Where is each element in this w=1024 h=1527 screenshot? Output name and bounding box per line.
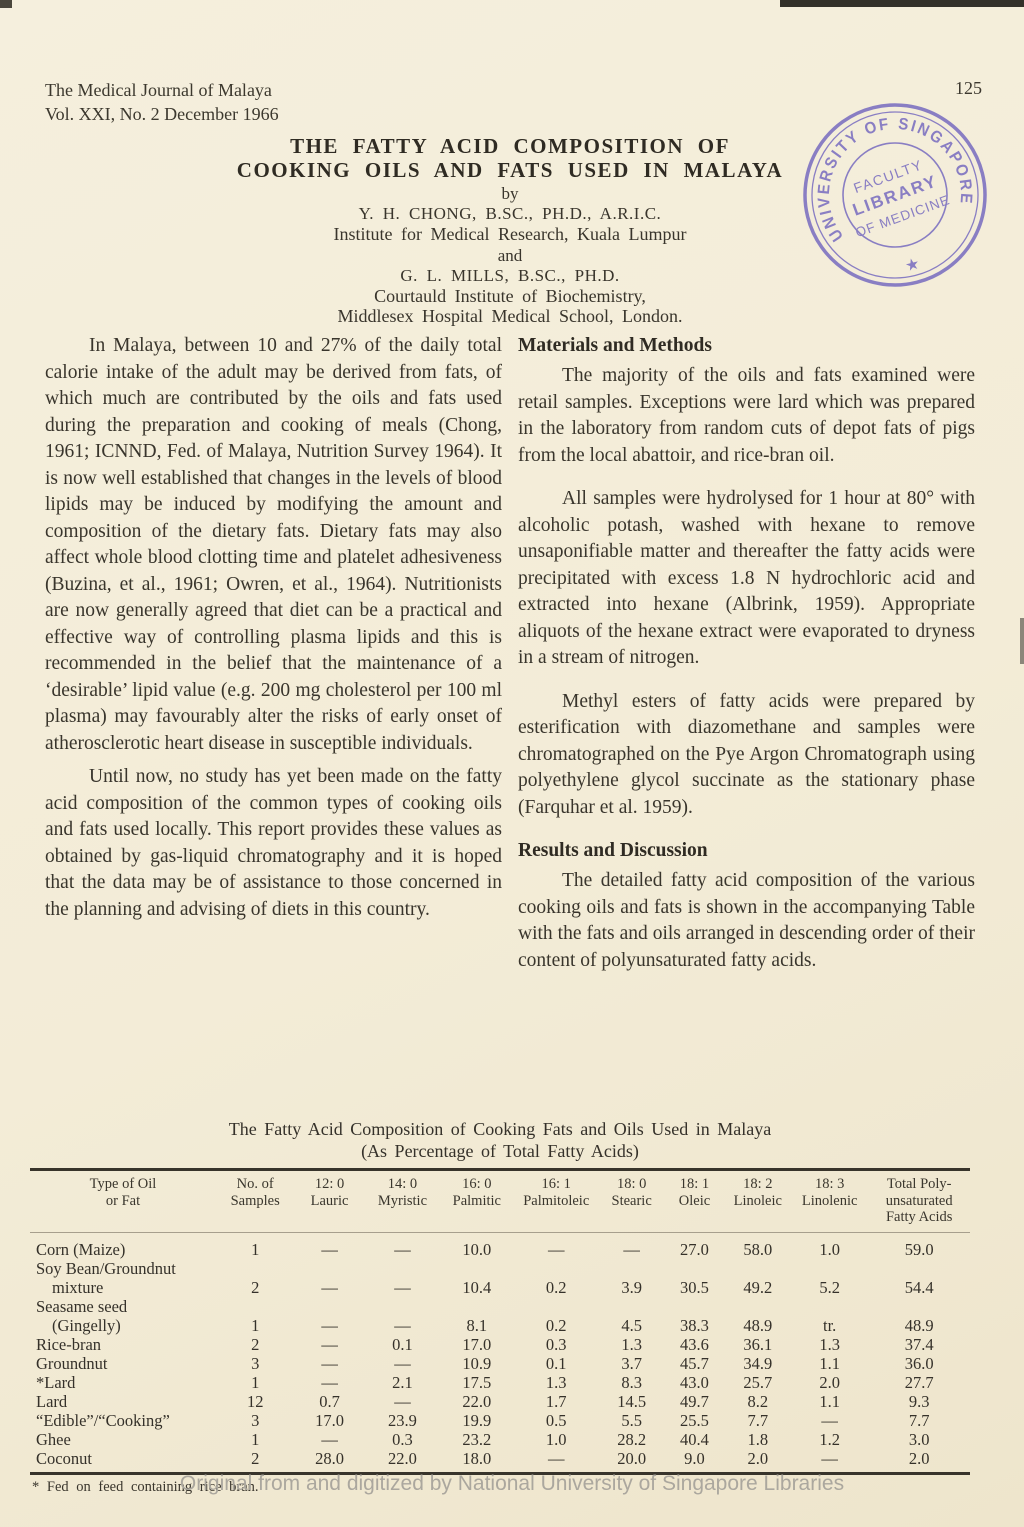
- column-header: Total Poly-unsaturatedFatty Acids: [868, 1170, 970, 1233]
- column-header: 18: 1Oleic: [664, 1170, 724, 1233]
- value-cell: 10.4: [440, 1259, 513, 1297]
- scan-edge-artifact: [780, 0, 1024, 7]
- value-cell: 58.0: [725, 1232, 791, 1259]
- table-row: Coconut228.022.018.0—20.09.02.0—2.0: [30, 1449, 970, 1474]
- value-cell: 25.7: [725, 1373, 791, 1392]
- value-cell: —: [294, 1335, 364, 1354]
- column-header: 18: 0Stearic: [599, 1170, 664, 1233]
- value-cell: 23.9: [365, 1411, 440, 1430]
- value-cell: 37.4: [868, 1335, 970, 1354]
- column-header: 14: 0Myristic: [365, 1170, 440, 1233]
- results-paragraph-1: The detailed fatty acid composition of t…: [518, 868, 975, 974]
- journal-title: The Medical Journal of Malaya: [45, 78, 279, 102]
- value-cell: 2: [216, 1449, 294, 1474]
- value-cell: 28.2: [599, 1430, 664, 1449]
- scanned-journal-page: The Medical Journal of Malaya Vol. XXI, …: [0, 0, 1024, 1527]
- table-row: Seasame seed(Gingelly)1——8.10.24.538.348…: [30, 1297, 970, 1335]
- fatty-acid-table-section: The Fatty Acid Composition of Cooking Fa…: [30, 1118, 970, 1496]
- section-heading-materials: Materials and Methods: [518, 333, 975, 359]
- value-cell: 14.5: [599, 1392, 664, 1411]
- value-cell: 22.0: [440, 1392, 513, 1411]
- value-cell: 1.1: [791, 1354, 868, 1373]
- value-cell: 2: [216, 1259, 294, 1297]
- value-cell: —: [365, 1259, 440, 1297]
- oil-name-cell: Ghee: [30, 1430, 216, 1449]
- value-cell: 43.0: [664, 1373, 724, 1392]
- value-cell: 36.0: [868, 1354, 970, 1373]
- table-header: Type of Oilor FatNo. ofSamples12: 0Lauri…: [30, 1170, 970, 1233]
- value-cell: 27.0: [664, 1232, 724, 1259]
- value-cell: 18.0: [440, 1449, 513, 1474]
- value-cell: 1: [216, 1297, 294, 1335]
- value-cell: 9.0: [664, 1449, 724, 1474]
- value-cell: 1: [216, 1373, 294, 1392]
- value-cell: 1: [216, 1430, 294, 1449]
- scan-edge-artifact: [0, 0, 12, 8]
- oil-name-cell: Seasame seed(Gingelly): [30, 1297, 216, 1335]
- value-cell: —: [791, 1411, 868, 1430]
- value-cell: 43.6: [664, 1335, 724, 1354]
- value-cell: 3: [216, 1411, 294, 1430]
- value-cell: 30.5: [664, 1259, 724, 1297]
- table-row: “Edible”/“Cooking”317.023.919.90.55.525.…: [30, 1411, 970, 1430]
- value-cell: 4.5: [599, 1297, 664, 1335]
- value-cell: 2.0: [868, 1449, 970, 1474]
- value-cell: 23.2: [440, 1430, 513, 1449]
- value-cell: —: [791, 1449, 868, 1474]
- table-title-line2: (As Percentage of Total Fatty Acids): [30, 1140, 970, 1162]
- value-cell: —: [294, 1430, 364, 1449]
- value-cell: 10.0: [440, 1232, 513, 1259]
- value-cell: 48.9: [725, 1297, 791, 1335]
- value-cell: 0.1: [514, 1354, 599, 1373]
- stamp-center-text: FACULTY LIBRARY OF MEDICINE: [839, 152, 952, 241]
- column-header: 12: 0Lauric: [294, 1170, 364, 1233]
- oil-name-cell: Coconut: [30, 1449, 216, 1474]
- value-cell: 5.2: [791, 1259, 868, 1297]
- journal-volume: Vol. XXI, No. 2 December 1966: [45, 102, 279, 126]
- value-cell: —: [294, 1259, 364, 1297]
- value-cell: 1: [216, 1232, 294, 1259]
- value-cell: 10.9: [440, 1354, 513, 1373]
- value-cell: 12: [216, 1392, 294, 1411]
- value-cell: 1.3: [791, 1335, 868, 1354]
- value-cell: —: [599, 1232, 664, 1259]
- value-cell: 59.0: [868, 1232, 970, 1259]
- value-cell: 5.5: [599, 1411, 664, 1430]
- value-cell: 48.9: [868, 1297, 970, 1335]
- table-row: Lard120.7—22.01.714.549.78.21.19.3: [30, 1392, 970, 1411]
- value-cell: 2.0: [791, 1373, 868, 1392]
- column-header: Type of Oilor Fat: [30, 1170, 216, 1233]
- value-cell: 0.3: [514, 1335, 599, 1354]
- value-cell: 49.7: [664, 1392, 724, 1411]
- value-cell: 3.0: [868, 1430, 970, 1449]
- value-cell: —: [294, 1373, 364, 1392]
- digitization-footer: Original from and digitized by National …: [0, 1472, 1024, 1496]
- author-2-affiliation-line2: Middlesex Hospital Medical School, Londo…: [45, 306, 975, 326]
- oil-name-cell: Soy Bean/Groundnutmixture: [30, 1259, 216, 1297]
- value-cell: 49.2: [725, 1259, 791, 1297]
- value-cell: —: [514, 1232, 599, 1259]
- table-title-line1: The Fatty Acid Composition of Cooking Fa…: [30, 1118, 970, 1140]
- value-cell: 25.5: [664, 1411, 724, 1430]
- value-cell: 17.5: [440, 1373, 513, 1392]
- value-cell: 1.0: [791, 1232, 868, 1259]
- stamp-star-icon: ★: [904, 255, 922, 275]
- table-row: Rice-bran2—0.117.00.31.343.636.11.337.4: [30, 1335, 970, 1354]
- materials-paragraph-2: All samples were hydrolysed for 1 hour a…: [518, 486, 975, 672]
- oil-name-cell: Groundnut: [30, 1354, 216, 1373]
- fatty-acid-table: Type of Oilor FatNo. ofSamples12: 0Lauri…: [30, 1168, 970, 1475]
- intro-paragraph-1: In Malaya, between 10 and 27% of the dai…: [45, 333, 502, 757]
- value-cell: 45.7: [664, 1354, 724, 1373]
- column-header: 16: 0Palmitic: [440, 1170, 513, 1233]
- value-cell: 8.2: [725, 1392, 791, 1411]
- table-row: Corn (Maize)1——10.0——27.058.01.059.0: [30, 1232, 970, 1259]
- value-cell: 2.0: [725, 1449, 791, 1474]
- value-cell: —: [514, 1449, 599, 1474]
- value-cell: 2: [216, 1335, 294, 1354]
- column-header: 16: 1Palmitoleic: [514, 1170, 599, 1233]
- value-cell: 17.0: [440, 1335, 513, 1354]
- value-cell: 0.2: [514, 1297, 599, 1335]
- oil-name-cell: Corn (Maize): [30, 1232, 216, 1259]
- value-cell: 1.8: [725, 1430, 791, 1449]
- value-cell: 0.3: [365, 1430, 440, 1449]
- value-cell: 1.0: [514, 1430, 599, 1449]
- value-cell: 40.4: [664, 1430, 724, 1449]
- column-header: 18: 2Linoleic: [725, 1170, 791, 1233]
- value-cell: 0.7: [294, 1392, 364, 1411]
- value-cell: 1.3: [599, 1335, 664, 1354]
- value-cell: 22.0: [365, 1449, 440, 1474]
- value-cell: 27.7: [868, 1373, 970, 1392]
- table-row: Soy Bean/Groundnutmixture2——10.40.23.930…: [30, 1259, 970, 1297]
- oil-name-cell: “Edible”/“Cooking”: [30, 1411, 216, 1430]
- value-cell: —: [365, 1392, 440, 1411]
- value-cell: 0.5: [514, 1411, 599, 1430]
- value-cell: 0.1: [365, 1335, 440, 1354]
- value-cell: 7.7: [725, 1411, 791, 1430]
- value-cell: 38.3: [664, 1297, 724, 1335]
- oil-name-cell: *Lard: [30, 1373, 216, 1392]
- value-cell: —: [365, 1232, 440, 1259]
- value-cell: 3.9: [599, 1259, 664, 1297]
- left-column: In Malaya, between 10 and 27% of the dai…: [45, 333, 502, 991]
- journal-info: The Medical Journal of Malaya Vol. XXI, …: [45, 78, 279, 126]
- value-cell: —: [365, 1354, 440, 1373]
- table-row: Groundnut3——10.90.13.745.734.91.136.0: [30, 1354, 970, 1373]
- value-cell: 0.2: [514, 1259, 599, 1297]
- value-cell: 1.7: [514, 1392, 599, 1411]
- right-column: Materials and Methods The majority of th…: [518, 333, 975, 991]
- materials-paragraph-1: The majority of the oils and fats examin…: [518, 363, 975, 469]
- value-cell: 9.3: [868, 1392, 970, 1411]
- value-cell: 1.3: [514, 1373, 599, 1392]
- value-cell: 1.1: [791, 1392, 868, 1411]
- scan-edge-artifact: [1020, 618, 1024, 664]
- value-cell: 3: [216, 1354, 294, 1373]
- value-cell: 2.1: [365, 1373, 440, 1392]
- value-cell: —: [294, 1232, 364, 1259]
- materials-paragraph-3: Methyl esters of fatty acids were prepar…: [518, 689, 975, 822]
- value-cell: —: [365, 1297, 440, 1335]
- value-cell: tr.: [791, 1297, 868, 1335]
- value-cell: 7.7: [868, 1411, 970, 1430]
- oil-name-cell: Lard: [30, 1392, 216, 1411]
- value-cell: 34.9: [725, 1354, 791, 1373]
- value-cell: —: [294, 1297, 364, 1335]
- value-cell: 17.0: [294, 1411, 364, 1430]
- column-header: 18: 3Linolenic: [791, 1170, 868, 1233]
- article-body: In Malaya, between 10 and 27% of the dai…: [45, 333, 975, 991]
- value-cell: 19.9: [440, 1411, 513, 1430]
- table-row: *Lard1—2.117.51.38.343.025.72.027.7: [30, 1373, 970, 1392]
- intro-paragraph-2: Until now, no study has yet been made on…: [45, 764, 502, 923]
- value-cell: 3.7: [599, 1354, 664, 1373]
- column-header: No. ofSamples: [216, 1170, 294, 1233]
- value-cell: —: [294, 1354, 364, 1373]
- value-cell: 8.1: [440, 1297, 513, 1335]
- value-cell: 1.2: [791, 1430, 868, 1449]
- value-cell: 28.0: [294, 1449, 364, 1474]
- table-row: Ghee1—0.323.21.028.240.41.81.23.0: [30, 1430, 970, 1449]
- value-cell: 20.0: [599, 1449, 664, 1474]
- section-heading-results: Results and Discussion: [518, 838, 975, 864]
- value-cell: 8.3: [599, 1373, 664, 1392]
- oil-name-cell: Rice-bran: [30, 1335, 216, 1354]
- value-cell: 36.1: [725, 1335, 791, 1354]
- value-cell: 54.4: [868, 1259, 970, 1297]
